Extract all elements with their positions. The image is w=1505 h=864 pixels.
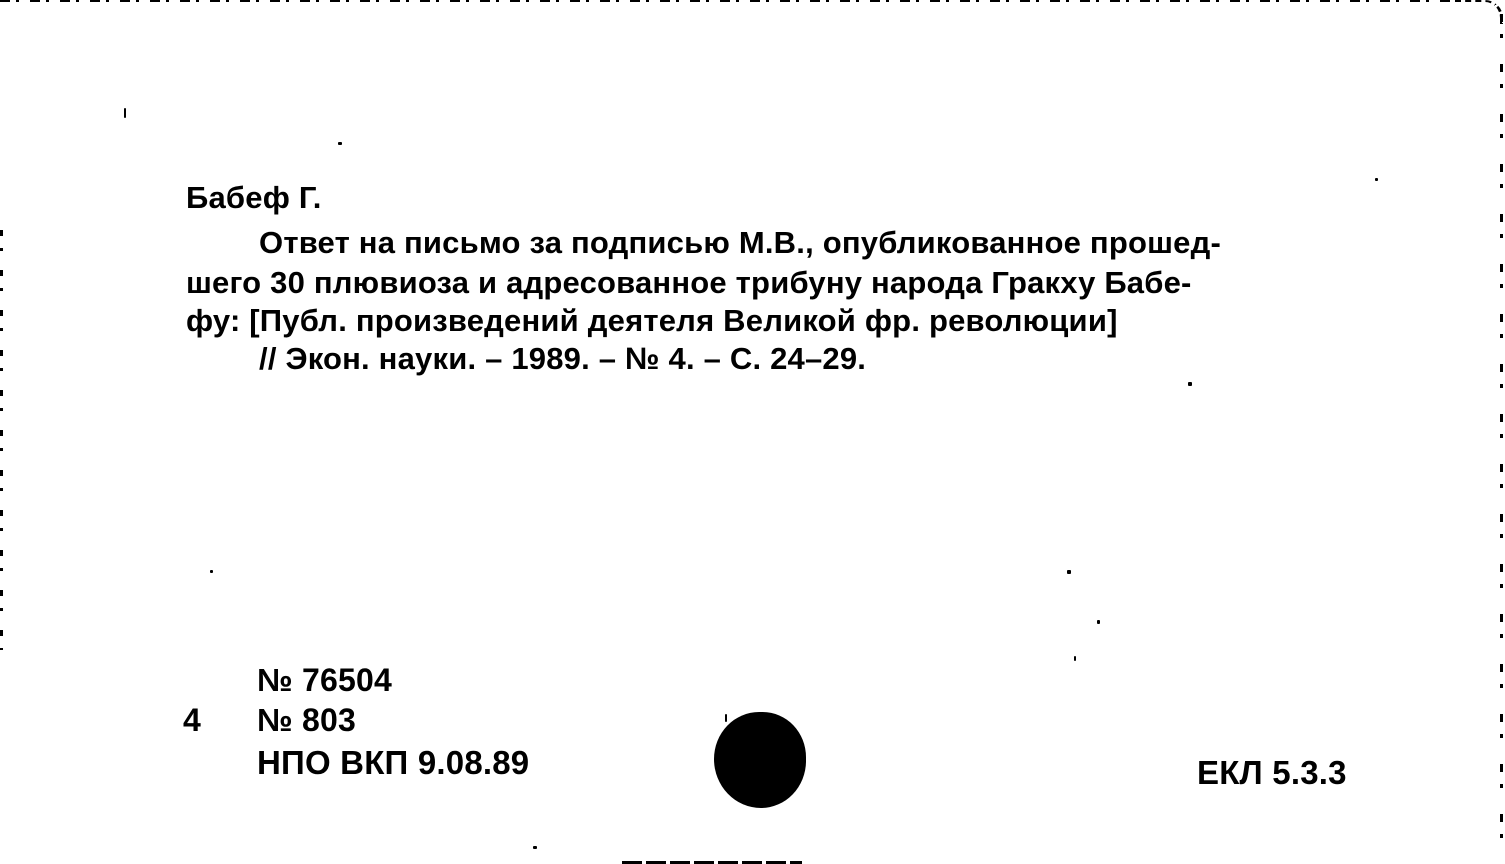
classification-code: ЕКЛ 5.3.3 — [1197, 752, 1347, 794]
scan-speck — [1188, 382, 1192, 386]
scan-speck — [338, 142, 342, 145]
card-border-left — [0, 230, 3, 650]
inventory-number-1: № 76504 — [257, 660, 392, 700]
scan-speck — [1074, 656, 1076, 661]
card-corner — [1455, 0, 1503, 24]
title-line-1: Ответ на письмо за подписью М.В., опубли… — [259, 224, 1221, 262]
inventory-number-2: № 803 — [257, 700, 356, 740]
acquisition-stamp: НПО ВКП 9.08.89 — [257, 742, 529, 784]
scan-speck — [533, 846, 537, 849]
scan-speck — [725, 714, 727, 722]
author-heading: Бабеф Г. — [186, 178, 322, 218]
card-border-right — [1500, 14, 1503, 864]
scan-speck — [1097, 620, 1100, 624]
punch-hole-icon — [714, 712, 806, 808]
scan-speck — [124, 108, 126, 118]
title-line-2: шего 30 плювиоза и адресованное трибуну … — [186, 264, 1192, 302]
card-border-top — [0, 0, 1460, 2]
copy-count: 4 — [183, 700, 201, 740]
scan-speck — [1375, 178, 1378, 181]
scan-speck — [1067, 570, 1071, 574]
scan-speck — [210, 570, 213, 573]
catalog-card: Бабеф Г. Ответ на письмо за подписью М.В… — [0, 0, 1505, 864]
title-line-3: фу: [Публ. произведений деятеля Великой … — [186, 302, 1118, 340]
source-line: // Экон. науки. – 1989. – № 4. – С. 24–2… — [259, 340, 866, 378]
